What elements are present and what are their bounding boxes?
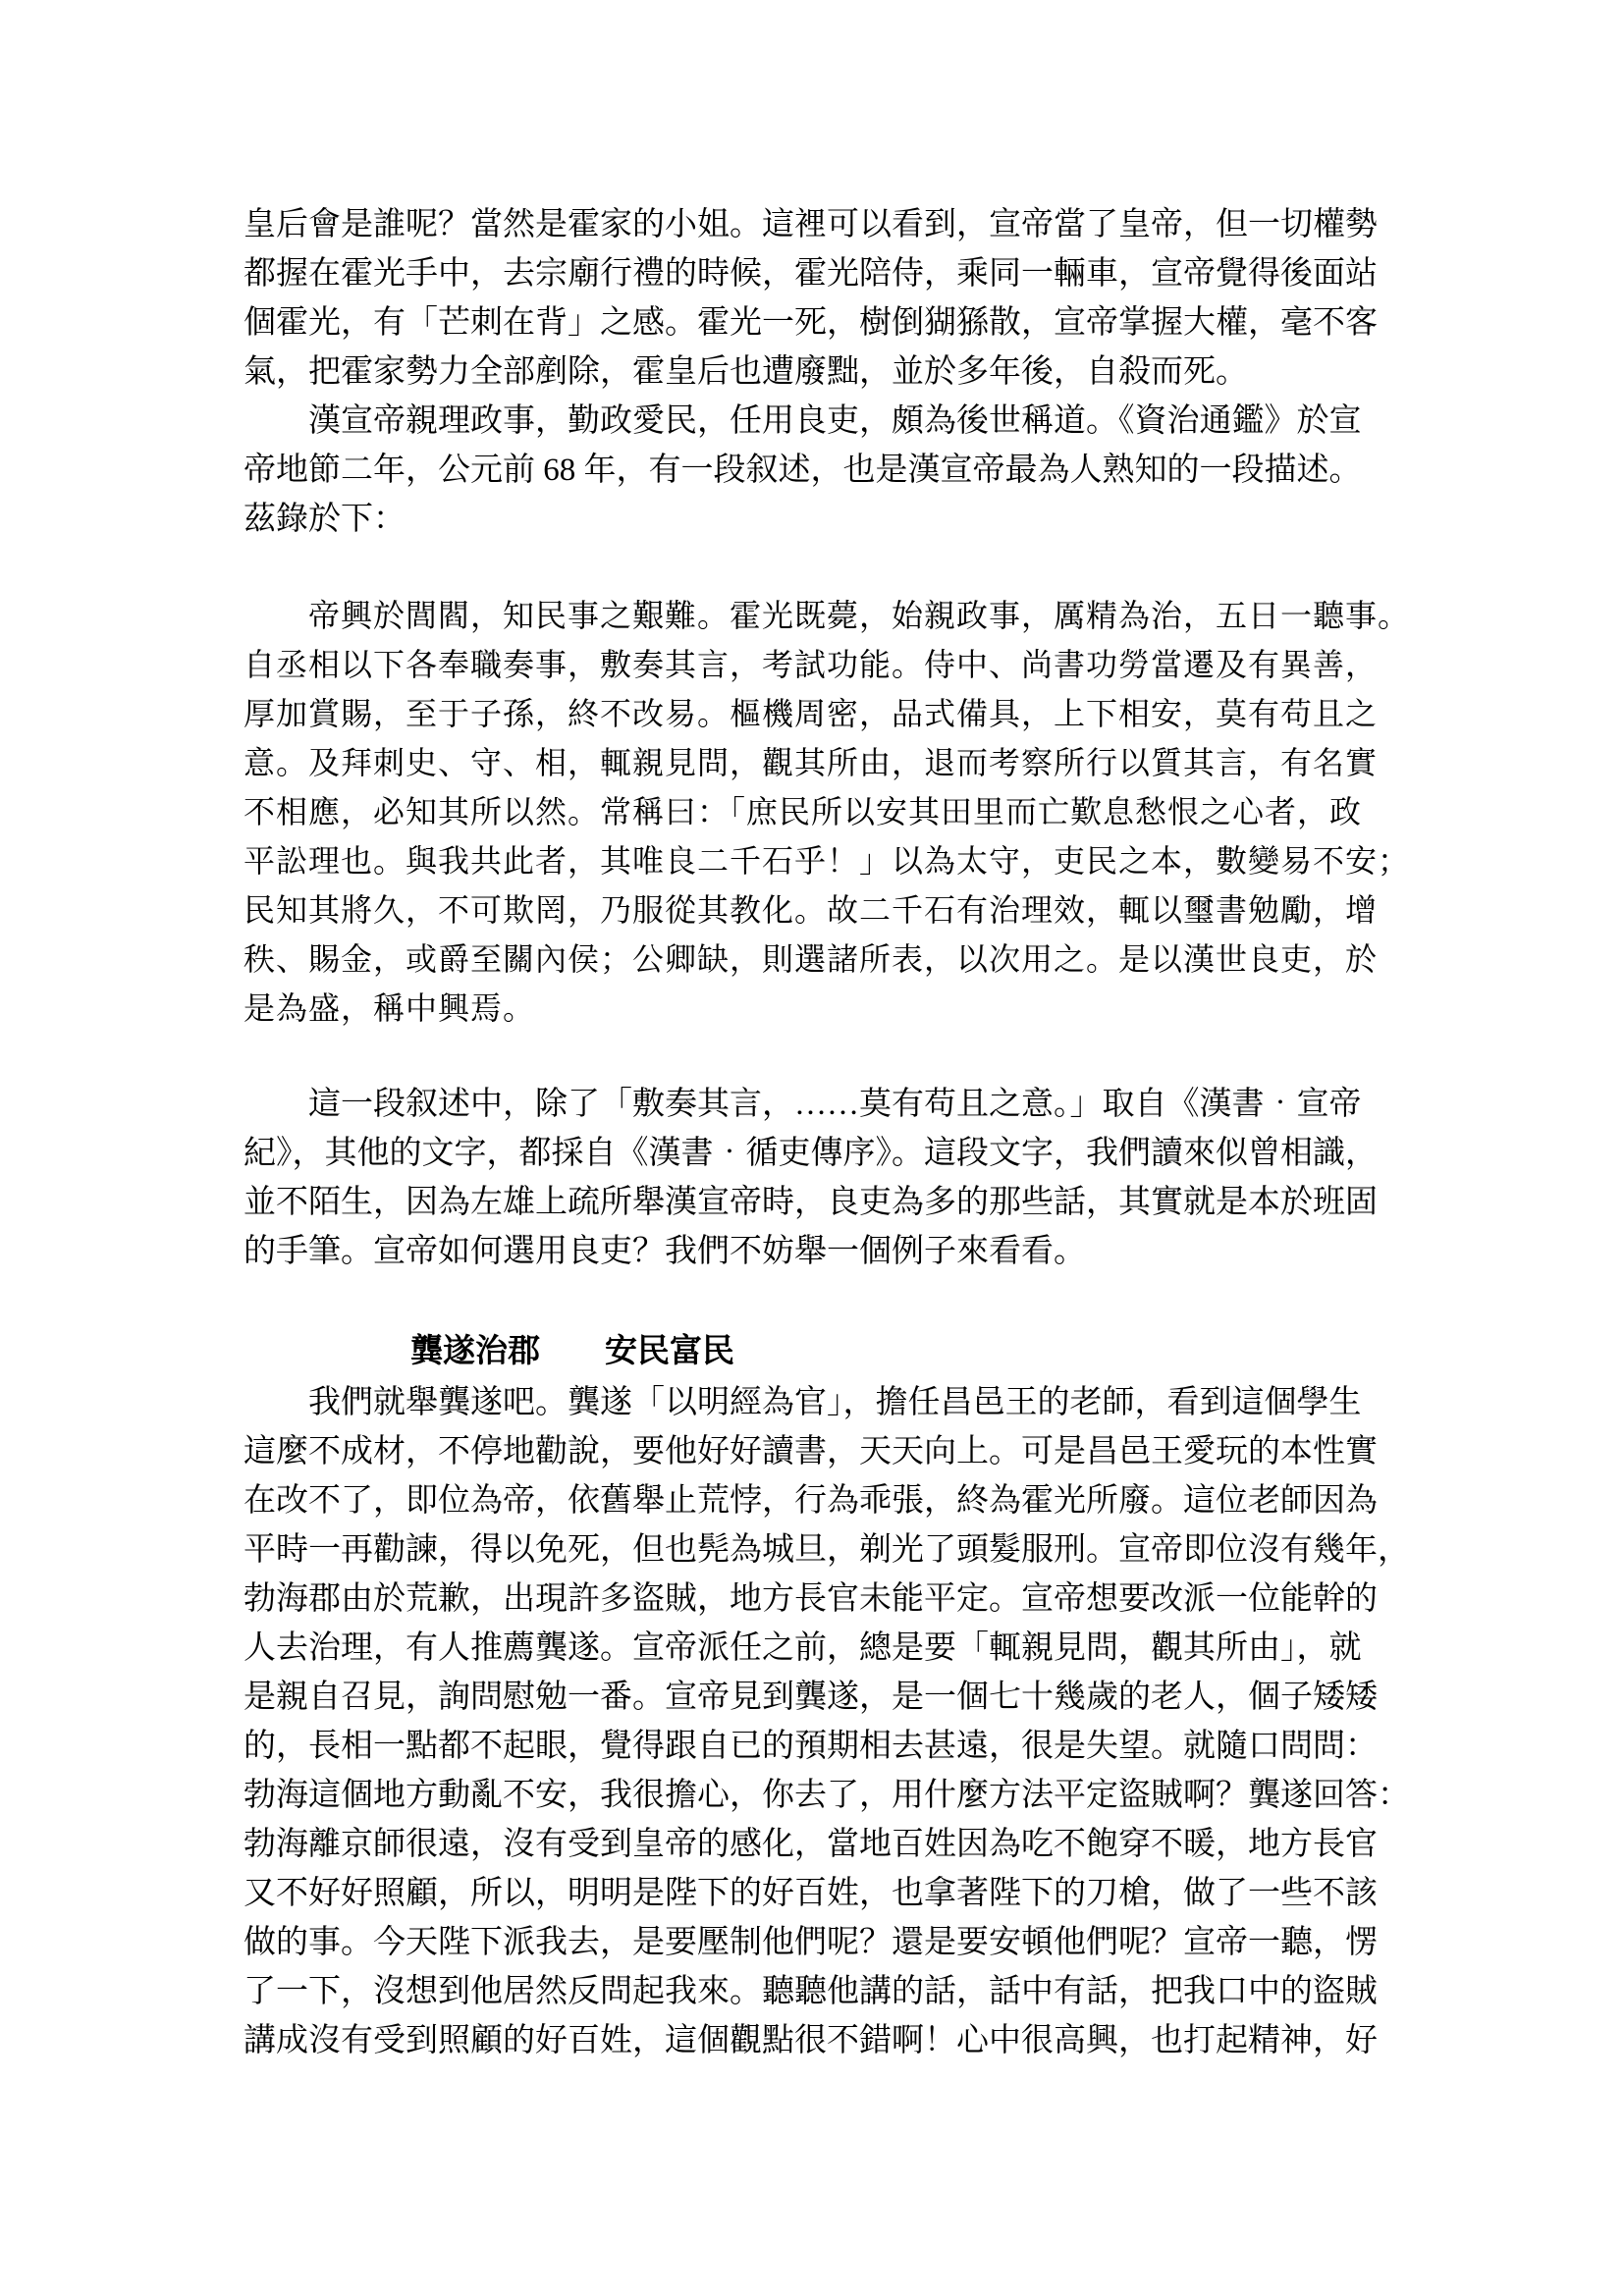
section-heading-gong-sui: 龔遂治郡 安民富民 — [244, 1327, 1387, 1376]
text-line: 這一段叙述中，除了「敷奏其言，……莫有苟且之意。」取自《漢書‧宣帝 — [244, 1080, 1387, 1129]
text-line: 講成沒有受到照顧的好百姓，這個觀點很不錯啊！心中很高興，也打起精神，好 — [244, 2016, 1387, 2065]
text-line: 並不陌生，因為左雄上疏所舉漢宣帝時，良吏為多的那些話，其實就是本於班固 — [244, 1178, 1387, 1227]
text-line: 了一下，沒想到他居然反問起我來。聽聽他講的話，話中有話，把我口中的盜賊 — [244, 1967, 1387, 2016]
text-line: 秩、賜金，或爵至關內侯；公卿缺，則選諸所表，以次用之。是以漢世良吏，於 — [244, 934, 1387, 984]
paragraph-gong-sui-story: 我們就舉龔遂吧。龔遂「以明經為官」，擔任昌邑王的老師，看到這個學生這麼不成材，不… — [244, 1378, 1387, 2065]
text-line: 民知其將久，不可欺罔，乃服從其教化。故二千石有治理效，輒以璽書勉勵，增 — [244, 885, 1387, 934]
text-line: 自丞相以下各奉職奏事，敷奏其言，考試功能。侍中、尚書功勞當遷及有異善， — [244, 640, 1387, 689]
text-line: 漢宣帝親理政事，勤政愛民，任用良吏，頗為後世稱道。《資治通鑑》於宣 — [244, 397, 1387, 446]
text-line: 我們就舉龔遂吧。龔遂「以明經為官」，擔任昌邑王的老師，看到這個學生 — [244, 1378, 1387, 1427]
paragraph-huo-family: 皇后會是誰呢？當然是霍家的小姐。這裡可以看到，宣帝當了皇帝，但一切權勢都握在霍光… — [244, 200, 1387, 397]
paragraph-quote-commentary: 這一段叙述中，除了「敷奏其言，……莫有苟且之意。」取自《漢書‧宣帝紀》，其他的文… — [244, 1080, 1387, 1276]
text-line: 個霍光，有「芒刺在背」之感。霍光一死，樹倒猢猻散，宣帝掌握大權，毫不客 — [244, 298, 1387, 347]
text-line: 的，長相一點都不起眼，覺得跟自已的預期相去甚遠，很是失望。就隨口問問： — [244, 1722, 1387, 1771]
text-line: 意。及拜刺史、守、相，輒親見問，觀其所由，退而考察所行以質其言，有名實 — [244, 738, 1387, 787]
text-line: 平訟理也。與我共此者，其唯良二千石乎！」以為太守，吏民之本，數變易不安； — [244, 836, 1387, 885]
text-line: 人去治理，有人推薦龔遂。宣帝派任之前，總是要「輒親見問，觀其所由」，就 — [244, 1624, 1387, 1673]
text-line: 勃海郡由於荒歉，出現許多盜賊，地方長官未能平定。宣帝想要改派一位能幹的 — [244, 1575, 1387, 1624]
text-line: 在改不了，即位為帝，依舊舉止荒悖，行為乖張，終為霍光所廢。這位老師因為 — [244, 1476, 1387, 1525]
text-line: 帝興於閭閻，知民事之艱難。霍光既薨，始親政事，厲精為治，五日一聽事。 — [244, 591, 1387, 640]
text-line: 做的事。今天陛下派我去，是要壓制他們呢？還是要安頓他們呢？宣帝一聽，愣 — [244, 1918, 1387, 1967]
text-line: 帝地節二年，公元前 68 年，有一段叙述，也是漢宣帝最為人熟知的一段描述。 — [244, 446, 1387, 495]
text-line: 這麼不成材，不停地勸說，要他好好讀書，天天向上。可是昌邑王愛玩的本性實 — [244, 1427, 1387, 1476]
text-line: 是親自召見，詢問慰勉一番。宣帝見到龔遂，是一個七十幾歲的老人，個子矮矮 — [244, 1673, 1387, 1722]
text-line: 厚加賞賜，至于子孫，終不改易。樞機周密，品式備具，上下相安，莫有苟且之 — [244, 689, 1387, 738]
text-line: 是為盛，稱中興焉。 — [244, 984, 1387, 1033]
text-line: 不相應，必知其所以然。常稱曰：「庶民所以安其田里而亡歎息愁恨之心者，政 — [244, 787, 1387, 836]
text-line: 又不好好照顧，所以，明明是陛下的好百姓，也拿著陛下的刀槍，做了一些不該 — [244, 1869, 1387, 1918]
text-line: 勃海離京師很遠，沒有受到皇帝的感化，當地百姓因為吃不飽穿不暖，地方長官 — [244, 1820, 1387, 1869]
paragraph-emperor-xuan-governance: 漢宣帝親理政事，勤政愛民，任用良吏，頗為後世稱道。《資治通鑑》於宣帝地節二年，公… — [244, 397, 1387, 544]
text-line: 氣，把霍家勢力全部剷除，霍皇后也遭廢黜，並於多年後，自殺而死。 — [244, 347, 1387, 397]
page-content: 皇后會是誰呢？當然是霍家的小姐。這裡可以看到，宣帝當了皇帝，但一切權勢都握在霍光… — [244, 200, 1387, 2065]
text-line: 勃海這個地方動亂不安，我很擔心，你去了，用什麼方法平定盜賊啊？龔遂回答： — [244, 1771, 1387, 1820]
text-line: 的手筆。宣帝如何選用良吏？我們不妨舉一個例子來看看。 — [244, 1227, 1387, 1276]
text-line: 都握在霍光手中，去宗廟行禮的時候，霍光陪侍，乘同一輛車，宣帝覺得後面站 — [244, 249, 1387, 298]
quote-zizhi-tongjian: 帝興於閭閻，知民事之艱難。霍光既薨，始親政事，厲精為治，五日一聽事。自丞相以下各… — [244, 591, 1387, 1033]
text-line: 平時一再勸諫，得以免死，但也髡為城旦，剃光了頭髮服刑。宣帝即位沒有幾年， — [244, 1525, 1387, 1575]
document-page: 皇后會是誰呢？當然是霍家的小姐。這裡可以看到，宣帝當了皇帝，但一切權勢都握在霍光… — [0, 0, 1624, 2296]
text-line: 茲錄於下： — [244, 495, 1387, 544]
text-line: 紀》，其他的文字，都採自《漢書‧循吏傳序》。這段文字，我們讀來似曾相識， — [244, 1129, 1387, 1178]
text-line: 皇后會是誰呢？當然是霍家的小姐。這裡可以看到，宣帝當了皇帝，但一切權勢 — [244, 200, 1387, 249]
